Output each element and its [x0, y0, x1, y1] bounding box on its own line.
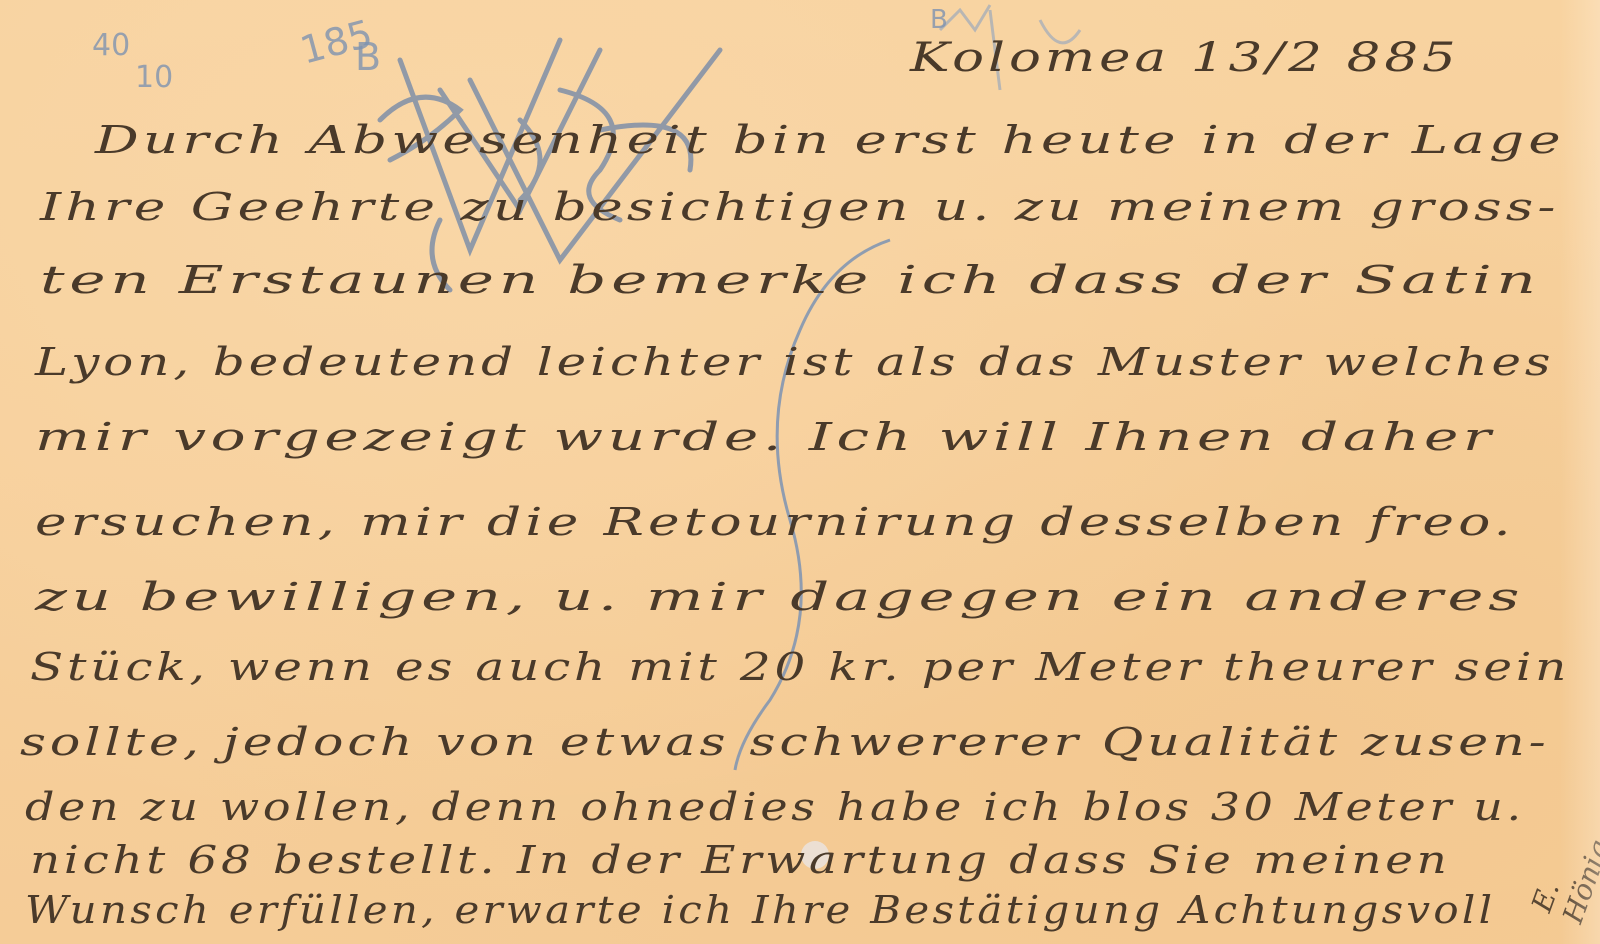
- pencil-number-bottom: 10: [135, 60, 173, 95]
- text-line-12: Wunsch erfüllen, erwarte ich Ihre Bestät…: [25, 888, 1495, 932]
- text-line-9: sollte, jedoch von etwas schwererer Qual…: [20, 720, 1550, 764]
- text-line-10: den zu wollen, denn ohnedies habe ich bl…: [25, 785, 1525, 829]
- text-line-4: Lyon, bedeutend leichter ist als das Mus…: [35, 340, 1554, 384]
- text-line-6: ersuchen, mir die Retournirung desselben…: [35, 500, 1515, 544]
- text-line-1: Durch Abwesenheit bin erst heute in der …: [95, 118, 1565, 162]
- place-date: Kolomea 13/2 885: [910, 35, 1460, 81]
- text-line-7: zu bewilligen, u. mir dagegen ein andere…: [35, 575, 1524, 619]
- text-line-8: Stück, wenn es auch mit 20 kr. per Meter…: [30, 645, 1570, 689]
- text-line-11: nicht 68 bestellt. In der Erwartung dass…: [30, 838, 1451, 882]
- text-line-5: mir vorgezeigt wurde. Ich will Ihnen dah…: [35, 415, 1495, 459]
- text-line-2: Ihre Geehrte zu besichtigen u. zu meinem…: [40, 185, 1560, 229]
- text-line-3: ten Erstaunen bemerke ich dass der Satin: [40, 258, 1541, 302]
- pencil-margin-mark: B: [930, 5, 948, 35]
- pencil-number-top: 40: [92, 28, 130, 63]
- postcard: 40 10 B 185 B Kolomea 13/2 885 Durch Abw…: [0, 0, 1600, 944]
